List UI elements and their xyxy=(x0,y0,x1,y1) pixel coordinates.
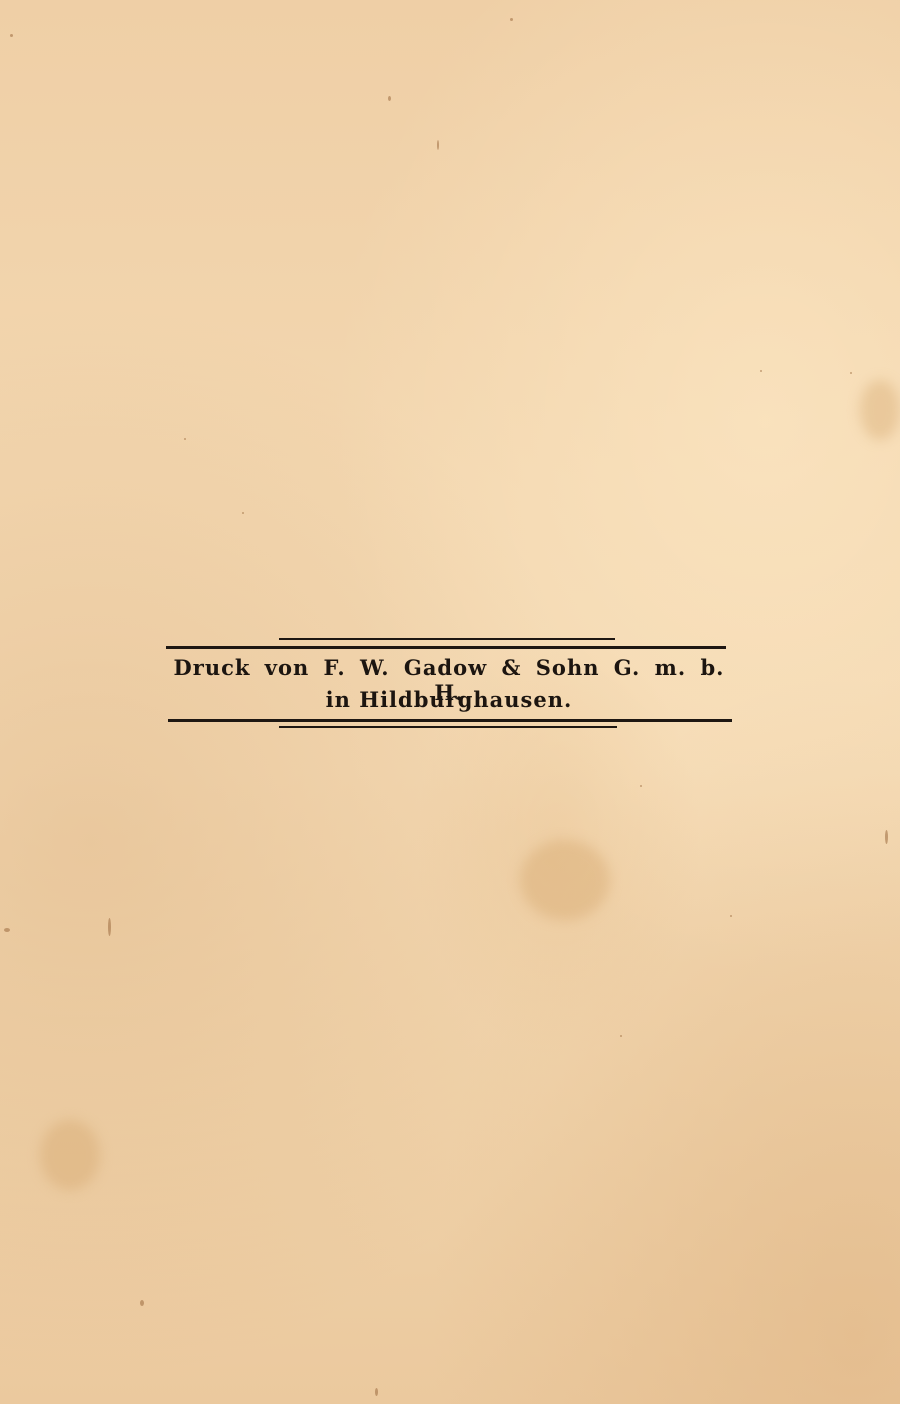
paper-speck xyxy=(640,785,642,787)
top-short-rule xyxy=(279,638,615,640)
paper-speck xyxy=(510,18,513,21)
paper-stain xyxy=(40,1120,100,1190)
paper-speck xyxy=(760,370,762,372)
paper-speck xyxy=(437,140,439,150)
imprint-line-2: in Hildburghausen. xyxy=(166,687,732,712)
paper-speck xyxy=(140,1300,144,1306)
paper-speck xyxy=(850,372,852,374)
paper-speck xyxy=(375,1388,378,1396)
paper-speck xyxy=(620,1035,622,1037)
paper-speck xyxy=(388,96,391,101)
paper-stain xyxy=(520,840,610,920)
printer-imprint: Druck von F. W. Gadow & Sohn G. m. b. H.… xyxy=(166,636,732,732)
paper-speck xyxy=(242,512,244,514)
paper-speck xyxy=(730,915,732,917)
paper-speck xyxy=(885,830,888,844)
paper-stain xyxy=(860,380,900,440)
paper-speck xyxy=(4,928,10,932)
paper-speck xyxy=(10,34,13,37)
paper-speck xyxy=(184,438,186,440)
top-long-rule xyxy=(166,646,726,649)
bottom-short-rule xyxy=(279,726,617,728)
paper-speck xyxy=(108,918,111,936)
bottom-long-rule xyxy=(168,719,732,722)
